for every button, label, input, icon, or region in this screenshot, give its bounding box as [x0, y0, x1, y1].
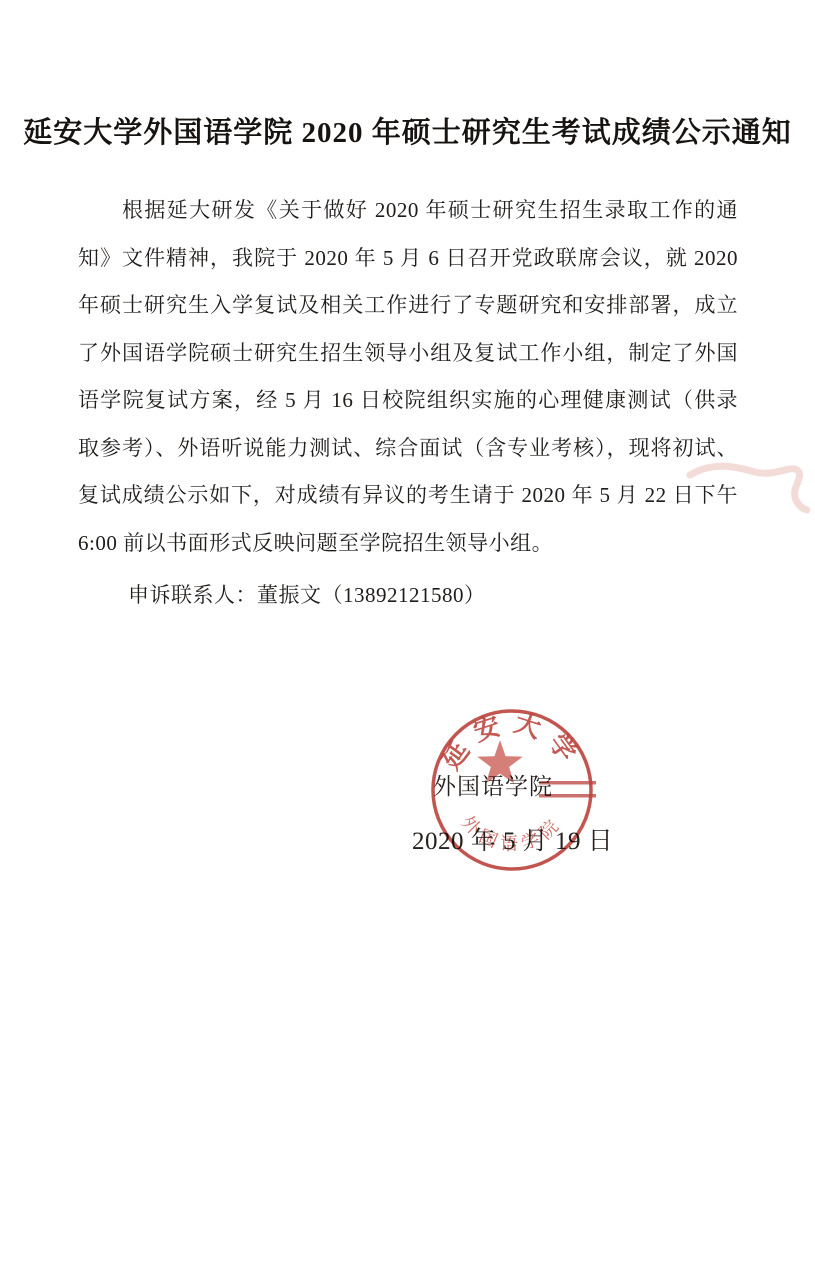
body-line: 知》文件精神，我院于 2020 年 5 月 6 日召开党政联席会议，就 2020 [78, 235, 738, 283]
seal-mark-line [539, 781, 596, 785]
body-line: 语学院复试方案，经 5 月 16 日校院组织实施的心理健康测试（供录 [78, 377, 738, 425]
seal-arc-text: 延安大学 [436, 708, 587, 775]
body-line: 6:00 前以书面形式反映问题至学院招生领导小组。 [78, 520, 738, 568]
seal-mark-line [539, 794, 596, 798]
body-line: 了外国语学院硕士研究生招生领导小组及复试工作小组，制定了外国 [78, 330, 738, 378]
body-line: 取参考）、外语听说能力测试、综合面试（含专业考核），现将初试、 [78, 425, 738, 473]
seal-bottom-text: 外国语学院 [458, 812, 567, 854]
seal-star-icon [477, 740, 523, 783]
scanned-notice-page: 延安大学外国语学院 2020 年硕士研究生考试成绩公示通知 根据延大研发《关于做… [0, 0, 815, 1280]
contact-line: 申诉联系人：董振文（13892121580） [78, 578, 788, 612]
scan-smudge [685, 450, 815, 520]
notice-body: 根据延大研发《关于做好 2020 年硕士研究生招生录取工作的通 知》文件精神，我… [78, 187, 738, 567]
notice-title: 延安大学外国语学院 2020 年硕士研究生考试成绩公示通知 [0, 110, 815, 151]
body-line: 年硕士研究生入学复试及相关工作进行了专题研究和安排部署，成立 [78, 282, 738, 330]
body-line: 复试成绩公示如下，对成绩有异议的考生请于 2020 年 5 月 22 日下午 [78, 472, 738, 520]
university-seal: 延安大学 外国语学院 [427, 704, 599, 876]
body-line: 根据延大研发《关于做好 2020 年硕士研究生招生录取工作的通 [78, 187, 738, 235]
